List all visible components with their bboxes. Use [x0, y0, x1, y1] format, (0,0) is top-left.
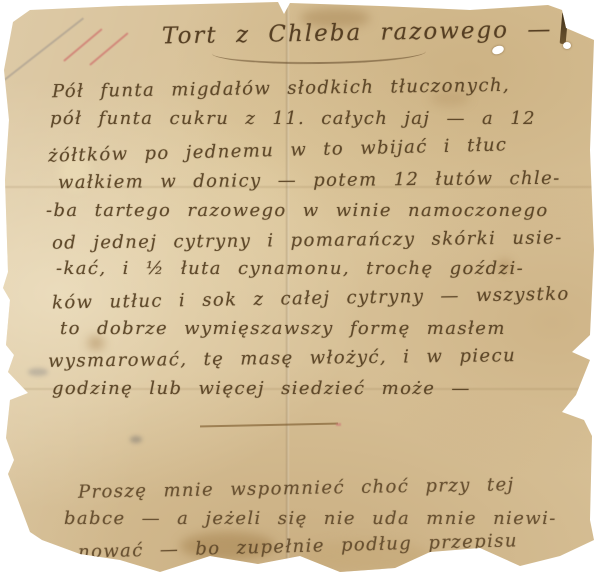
- scan-background: Tort z Chleba razowego — Pół funta migda…: [0, 0, 600, 587]
- torn-text-fragment: [243, 558, 267, 576]
- corner-crease-mark: [4, 17, 84, 80]
- manuscript-line: pół funta cukru z 11. całych jaj — a 12: [50, 108, 536, 129]
- pencil-smudge: [130, 436, 142, 443]
- recipe-title: Tort z Chleba razowego —: [162, 17, 553, 50]
- manuscript-line: to dobrze wymięszawszy formę masłem: [60, 318, 506, 339]
- section-divider-line: [200, 423, 338, 428]
- postscript-line: nować — bo zupełnie podług przepisu: [78, 530, 518, 563]
- manuscript-line: wałkiem w donicy — potem 12 łutów chle-: [58, 168, 561, 193]
- manuscript-line: -ba tartego razowego w winie namoczonego: [46, 200, 549, 221]
- manuscript-line: wysmarować, tę masę włożyć, i w piecu: [48, 345, 516, 372]
- postscript-line: Proszę mnie wspomnieć choć przy tej: [78, 474, 515, 503]
- paper-hole: [491, 44, 505, 56]
- title-underline-flourish: [212, 49, 426, 65]
- manuscript-line: żółtków po jednemu w to wbijać i tłuc: [48, 134, 508, 166]
- torn-text-fragment: [272, 560, 296, 578]
- manuscript-line: ków utłuc i sok z całej cytryny — wszyst…: [52, 283, 570, 313]
- manuscript-line: godzinę lub więcej siedzieć może —: [52, 378, 471, 399]
- manuscript-line: -kać, i ½ łuta cynamonu, trochę goździ-: [56, 258, 524, 279]
- red-pencil-mark: [89, 32, 129, 66]
- paper-hole: [563, 42, 571, 49]
- red-pencil-dot: [336, 423, 341, 426]
- manuscript-paper: Tort z Chleba razowego — Pół funta migda…: [0, 0, 600, 587]
- manuscript-line: od jednej cytryny i pomarańczy skórki us…: [52, 227, 563, 253]
- pin-mark: [560, 12, 569, 44]
- pencil-smudge: [28, 368, 48, 376]
- postscript-line: babce — a jeżeli się nie uda mnie niewi-: [64, 508, 557, 529]
